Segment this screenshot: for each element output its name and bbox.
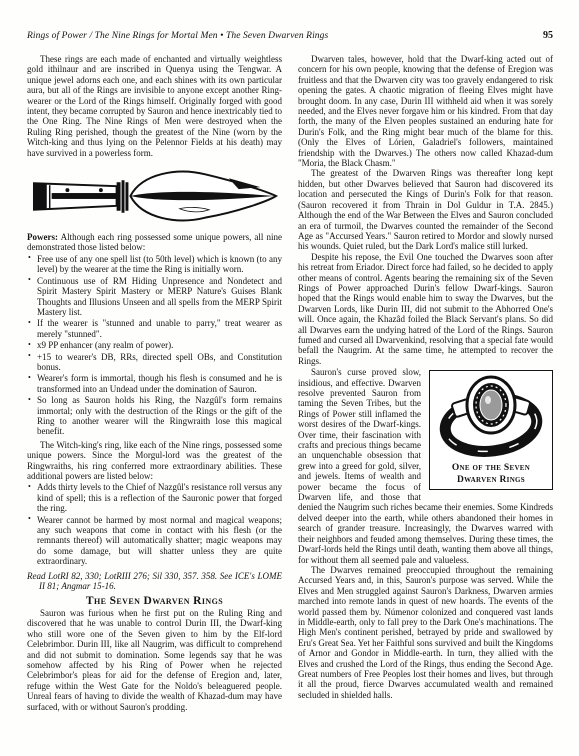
page-header: Rings of Power / The Nine Rings for Mort… [27,30,553,41]
list-item: +15 to wearer's DB, RRs, directed spell … [27,352,282,373]
list-item: Adds thirty levels to the Chief of Nazgû… [27,482,282,513]
left-column: These rings are each made of enchanted a… [27,54,282,712]
body-paragraph: The Dwarves remained preoccupied through… [298,565,553,700]
two-column-body: These rings are each made of enchanted a… [27,54,553,712]
body-paragraph: The greatest of the Dwarven Rings was th… [298,168,553,251]
caption-line: Dwarven Rings [457,475,525,485]
list-item: Continuous use of RM Hiding Unpresence a… [27,276,282,318]
caption-line: One of the Seven [452,463,530,473]
page-number: 95 [543,30,553,41]
list-item: Wearer cannot be harmed by most normal a… [27,515,282,567]
powers-label: Powers: [27,232,58,242]
list-item: Wearer's form is immortal, though his fl… [27,373,282,394]
book-page: Rings of Power / The Nine Rings for Mort… [0,0,579,756]
witch-king-powers-list: Adds thirty levels to the Chief of Nazgû… [27,482,282,566]
list-item: x9 PP enhancer (any realm of power). [27,340,282,350]
intro-paragraph: These rings are each made of enchanted a… [27,54,282,158]
section-heading: The Seven Dwarven Rings [27,596,282,606]
powers-list: Free use of any one spell list (to 50th … [27,254,282,437]
spearhead-icon [32,165,278,227]
list-item: If the wearer is "stunned and unable to … [27,318,282,339]
section-paragraph: Sauron was furious when he first put on … [27,608,282,712]
running-title: Rings of Power / The Nine Rings for Mort… [27,31,328,41]
figure-wrap-zone: One of the Seven Dwarven Rings Sauron's … [298,367,553,700]
right-column: Dwarven tales, however, hold that the Dw… [298,54,553,712]
powers-intro-text: Although each ring possessed some unique… [27,232,282,252]
list-item: So long as Sauron holds his Ring, the Na… [27,395,282,437]
body-paragraph: Dwarven tales, however, hold that the Dw… [298,54,553,168]
witch-king-paragraph: The Witch-king's ring, like each of the … [27,440,282,482]
reference-line: Read LotRI 82, 330; LotRIII 276; Sil 330… [27,571,282,592]
figure-caption: One of the Seven Dwarven Rings [432,463,550,486]
dwarven-ring-icon [435,375,547,459]
powers-paragraph: Powers: Although each ring possessed som… [27,232,282,253]
spearhead-illustration [27,165,282,227]
ring-figure: One of the Seven Dwarven Rings [429,370,553,490]
list-item: Free use of any one spell list (to 50th … [27,254,282,275]
body-paragraph: Despite his repose, the Evil One touched… [298,252,553,366]
